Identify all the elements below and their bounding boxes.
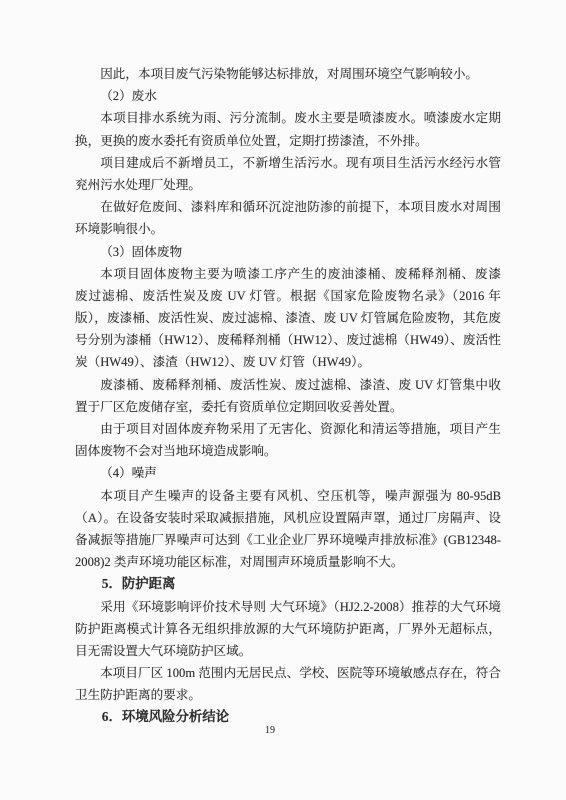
paragraph-line: 因此，本项目废气污染物能够达标排放，对周围环境空气影响较小。 <box>75 63 501 85</box>
paragraph-line: 环境影响很小。 <box>75 218 501 240</box>
document-body: 因此，本项目废气污染物能够达标排放，对周围环境空气影响较小。（2）废水本项目排水… <box>75 63 501 729</box>
page-number: 19 <box>0 724 540 737</box>
paragraph-line: 本项目产生噪声的设备主要有风机、空压机等，噪声源强为 80-95dB <box>75 485 501 507</box>
paragraph-line: 本项目厂区 100m 范围内无居民点、学校、医院等环境敏感点存在，符合 <box>75 662 501 684</box>
paragraph-line: 本项目排水系统为雨、污分流制。废水主要是喷漆废水。喷漆废水定期更 <box>75 107 501 129</box>
paragraph-line: 固体废物不会对当地环境造成影响。 <box>75 440 501 462</box>
paragraph-line: 采用《环境影响评价技术导则 大气环境》（HJ2.2-2008）推荐的大气环境 <box>75 596 501 618</box>
document-page: 因此，本项目废气污染物能够达标排放，对周围环境空气影响较小。（2）废水本项目排水… <box>0 0 566 800</box>
paragraph-line: 备减振等措施厂界噪声可达到《工业企业厂界环境噪声排放标准》(GB12348- <box>75 529 501 551</box>
paragraph-line: 在做好危废间、漆料库和循环沉淀池防渗的前提下，本项目废水对周围水 <box>75 196 501 218</box>
paragraph-line: （4）噪声 <box>75 462 501 484</box>
paragraph-line: 炭（HW49）、漆渣（HW12）、废 UV 灯管（HW49）。 <box>75 351 501 373</box>
paragraph-line: 废过滤棉、废活性炭及废 UV 灯管。根据《国家危险废物名录》（2016 年 <box>75 285 501 307</box>
paragraph-line: 置于厂区危废储存室，委托有资质单位定期回收妥善处置。 <box>75 396 501 418</box>
paragraph-line: 版），废漆桶、废活性炭、废过滤棉、漆渣、废 UV 灯管属危险废物，其危废编 <box>75 307 501 329</box>
paragraph-line: （2）废水 <box>75 85 501 107</box>
paragraph-line: （A）。在设备安装时采取减振措施，风机应设置隔声罩，通过厂房隔声、设 <box>75 507 501 529</box>
paragraph-line: 换，更换的废水委托有资质单位处置，定期打捞漆渣，不外排。 <box>75 130 501 152</box>
paragraph-line: 防护距离模式计算各无组织排放源的大气环境防护距离，厂界外无超标点，项 <box>75 618 501 640</box>
paragraph-line: 2008)2 类声环境功能区标准，对周围声环境质量影响不大。 <box>75 551 501 573</box>
paragraph-line: 由于项目对固体废弃物采用了无害化、资源化和清运等措施，项目产生的 <box>75 418 501 440</box>
paragraph-line: 目无需设置大气环境防护区域。 <box>75 640 501 662</box>
paragraph-line: 本项目固体废物主要为喷漆工序产生的废油漆桶、废稀释剂桶、废漆渣、 <box>75 263 501 285</box>
section-heading: 5．防护距离 <box>75 573 501 595</box>
paragraph-line: 废漆桶、废稀释剂桶、废活性炭、废过滤棉、漆渣、废 UV 灯管集中收集后 <box>75 374 501 396</box>
paragraph-line: 项目建成后不新增员工，不新增生活污水。现有项目生活污水经污水管网排入 <box>75 152 501 174</box>
paragraph-line: （3）固体废物 <box>75 241 501 263</box>
paragraph-line: 卫生防护距离的要求。 <box>75 684 501 706</box>
paragraph-line: 兖州污水处理厂处理。 <box>75 174 501 196</box>
paragraph-line: 号分别为漆桶（HW12）、废稀释剂桶（HW12）、废过滤棉（HW49）、废活性 <box>75 329 501 351</box>
